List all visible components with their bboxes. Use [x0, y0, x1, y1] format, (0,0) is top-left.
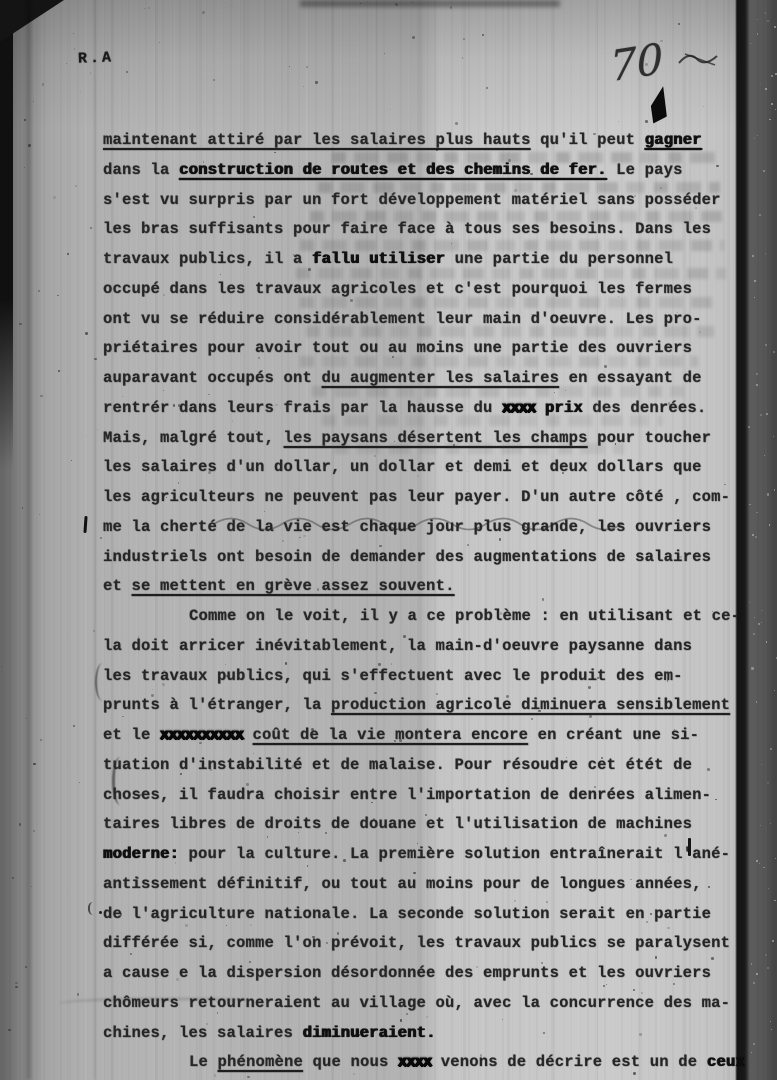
- typed-line: occupé dans les travaux agricoles et c'e…: [103, 275, 743, 305]
- text-run: la doit arricer inévitablement, la main-…: [103, 637, 692, 655]
- text-run: taires libres de droits de douane et l'u…: [103, 815, 692, 833]
- noise-dot: [24, 119, 26, 121]
- text-run: entre l'importation de denrées alimen-: [350, 786, 711, 804]
- text-run: antissement définitif, ou tout au moins …: [103, 875, 702, 893]
- noise-dot: [752, 255, 754, 257]
- text-run: et: [103, 577, 132, 595]
- noise-dot: [755, 536, 757, 538]
- handwritten-page-number: 70: [609, 34, 664, 92]
- noise-dot: [450, 6, 452, 8]
- text-run: prunts à l'étranger, la: [103, 696, 331, 714]
- noise-dot: [315, 81, 317, 83]
- text-run: a cause e la dispersion désordonnée des …: [103, 964, 711, 982]
- noise-dot: [80, 92, 81, 93]
- text-run: en essayant de: [559, 369, 702, 387]
- noise-dot: [306, 66, 308, 68]
- text-run: tuation d'instabilité et de malaise. Pou…: [103, 756, 692, 774]
- typed-line: taires libres de droits de douane et l'u…: [103, 810, 743, 840]
- text-run: xxxxxxxxxx: [160, 726, 243, 744]
- noise-dot: [618, 121, 619, 122]
- typed-line: Comme on le voit, il y a ce problème : e…: [103, 602, 743, 632]
- noise-dot: [22, 507, 23, 508]
- typed-line: différée si, comme l'on prévoit, les tra…: [103, 929, 743, 959]
- text-run: production agricole diminuera sensibleme…: [331, 696, 730, 714]
- typed-line: Le phénomène que nous xxxx venons de déc…: [103, 1048, 743, 1078]
- noise-dot: [159, 42, 160, 43]
- noise-dot: [19, 323, 22, 326]
- ink-curl-mark: [88, 902, 98, 915]
- noise-dot: [93, 630, 95, 632]
- typed-line: antissement définitif, ou tout au moins …: [103, 870, 743, 900]
- text-run: et le: [103, 726, 160, 744]
- noise-dot: [384, 53, 385, 54]
- text-run: les bras suffisants pour faire face à to…: [103, 220, 711, 238]
- noise-dot: [751, 667, 753, 669]
- text-run: s'est vu surpris par un fort développeme…: [103, 191, 721, 209]
- typed-line: maintenant attiré par les salaires plus …: [103, 126, 743, 156]
- typed-corner-mark: R.A: [78, 49, 115, 67]
- text-run: fallu utiliser: [312, 250, 445, 268]
- text-run: xxxx: [398, 1053, 431, 1071]
- text-run: me la cherté de la vie est chaque jour p…: [103, 518, 711, 536]
- noise-dot: [85, 332, 88, 335]
- text-run: ceux: [707, 1053, 745, 1071]
- typed-line: ont vu se réduire considérablement leur …: [103, 305, 743, 335]
- text-run: les agriculteurs ne peuvent pas leur pay…: [103, 488, 730, 506]
- typed-line: les bras suffisants pour faire face à to…: [103, 215, 743, 245]
- text-run: les salaires d'un dollar, un dollar et d…: [103, 458, 702, 476]
- typed-line: chines, les salaires diminueraient.: [103, 1019, 743, 1049]
- text-run: xxxx: [502, 399, 535, 417]
- noise-dot: [486, 87, 487, 88]
- noise-dot: [148, 7, 150, 9]
- noise-dot: [202, 11, 205, 14]
- noise-dot: [71, 460, 72, 461]
- noise-dot: [40, 739, 42, 741]
- typed-line: dans la construction de routes et des ch…: [103, 156, 743, 186]
- noise-dot: [678, 23, 680, 25]
- noise-dot: [482, 34, 484, 36]
- text-run: qu'il peut: [531, 131, 645, 149]
- typed-line: la doit arricer inévitablement, la main-…: [103, 632, 743, 662]
- noise-dot: [412, 36, 415, 39]
- typed-text-block: maintenant attiré par les salaires plus …: [103, 126, 743, 1078]
- typed-line: industriels ont besoin de demander des a…: [103, 543, 743, 573]
- ink-dot: [99, 911, 102, 914]
- noise-dot: [390, 109, 391, 110]
- text-run: venons de décrire est un de: [431, 1053, 707, 1071]
- typed-line: tuation d'instabilité et de malaise. Pou…: [103, 751, 743, 781]
- noise-dot: [774, 489, 776, 491]
- noise-dot: [757, 33, 758, 34]
- noise-dot: [24, 167, 25, 168]
- noise-dot: [761, 764, 762, 765]
- text-run: des denrées.: [583, 399, 707, 417]
- noise-dot: [767, 782, 769, 784]
- typed-line: travaux publics, il a fallu utiliser une…: [103, 245, 743, 275]
- noise-dot: [756, 973, 758, 975]
- typed-line: auparavant occupés ont du augmenter les …: [103, 364, 743, 394]
- paper-crease: [94, 0, 96, 1080]
- noise-dot: [94, 358, 97, 361]
- text-run: travaux publics, il a: [103, 250, 312, 268]
- noise-dot: [31, 886, 32, 887]
- text-run: les travaux publics, qui s'effectuent av…: [103, 667, 683, 685]
- noise-dot: [53, 196, 56, 199]
- text-run: différée si, comme l'on prévoit, les tra…: [103, 934, 730, 952]
- text-run: Mais, malgré tout,: [103, 429, 284, 447]
- text-run: chômeurs retourneraient au village où, a…: [103, 994, 730, 1012]
- typed-line: les travaux publics, qui s'effectuent av…: [103, 662, 743, 692]
- noise-dot: [758, 623, 759, 624]
- text-run: en créant une si-: [528, 726, 699, 744]
- top-edge-smudge: [300, 0, 560, 7]
- typed-line: moderne: pour la culture. La première so…: [103, 840, 743, 870]
- typed-line: les salaires d'un dollar, un dollar et d…: [103, 453, 743, 483]
- noise-dot: [289, 66, 290, 67]
- typed-line: chômeurs retourneraient au village où, a…: [103, 989, 743, 1019]
- typed-line: me la cherté de la vie est chaque jour p…: [103, 513, 743, 543]
- text-run: rentrér dans leurs frais par la hausse d…: [103, 399, 502, 417]
- typed-line: prunts à l'étranger, la production agric…: [103, 691, 743, 721]
- noise-dot: [57, 295, 58, 296]
- typed-line: Mais, malgré tout, les paysans désertent…: [103, 424, 743, 454]
- noise-dot: [395, 3, 398, 6]
- noise-dot: [774, 26, 776, 28]
- text-run: La première solution entraînerait l'ané-: [341, 845, 731, 863]
- text-run: occupé dans les travaux agricoles et c'e…: [103, 280, 692, 298]
- text-run: les paysans désertent les champs: [284, 429, 588, 447]
- typed-line: et le xxxxxxxxxx coût de la vie montera …: [103, 721, 743, 751]
- noise-dot: [771, 103, 773, 105]
- noise-dot: [772, 940, 774, 942]
- typed-line: a cause e la dispersion désordonnée des …: [103, 959, 743, 989]
- noise-dot: [455, 122, 458, 125]
- typed-line: priétaires pour avoir tout ou au moins u…: [103, 334, 743, 364]
- paper-crease: [27, 0, 31, 1080]
- noise-dot: [231, 5, 233, 7]
- text-run: Le pays: [607, 161, 683, 179]
- typed-line: s'est vu surpris par un fort développeme…: [103, 186, 743, 216]
- noise-dot: [748, 426, 750, 428]
- text-run: pour la culture.: [179, 845, 341, 863]
- noise-dot: [775, 109, 776, 110]
- text-run: diminueraient.: [303, 1024, 436, 1042]
- text-run: coût de la vie montera encore: [253, 726, 529, 744]
- text-run: moderne:: [103, 845, 179, 863]
- noise-dot: [765, 253, 766, 254]
- text-run: pour toucher: [588, 429, 712, 447]
- text-run: Le: [189, 1053, 218, 1071]
- text-run: [535, 399, 545, 417]
- typed-line: les agriculteurs ne peuvent pas leur pay…: [103, 483, 743, 513]
- text-run: phénomène: [218, 1053, 304, 1071]
- text-run: choses, il faudra choisir: [103, 786, 350, 804]
- text-run: maintenant attiré par les salaires plus …: [103, 131, 531, 149]
- noise-dot: [463, 38, 465, 40]
- noise-dot: [767, 493, 769, 495]
- noise-dot: [303, 86, 304, 87]
- text-run: que nous: [303, 1053, 398, 1071]
- text-run: priétaires pour avoir tout ou au moins u…: [103, 339, 692, 357]
- noise-dot: [412, 2, 413, 3]
- text-run: Comme on le voit, il y a ce problème : e…: [189, 607, 740, 625]
- text-run: prix: [545, 399, 583, 417]
- noise-dot: [760, 83, 761, 84]
- text-run: gagner: [645, 131, 702, 149]
- noise-dot: [33, 101, 34, 102]
- text-run: auparavant occupés ont: [103, 369, 322, 387]
- noise-dot: [756, 512, 758, 514]
- text-run: chines, les salaires: [103, 1024, 303, 1042]
- typed-line: de l'agriculture nationale. La seconde s…: [103, 900, 743, 930]
- typed-line: rentrér dans leurs frais par la hausse d…: [103, 394, 743, 424]
- noise-dot: [763, 170, 765, 172]
- noise-dot: [767, 20, 769, 22]
- noise-dot: [756, 384, 758, 386]
- noise-dot: [756, 860, 758, 862]
- noise-dot: [756, 373, 758, 375]
- noise-dot: [58, 370, 60, 372]
- text-run: [243, 726, 253, 744]
- typed-line: et se mettent en grève assez souvent.: [103, 572, 743, 602]
- text-run: de l'agriculture nationale. La seconde s…: [103, 905, 711, 923]
- text-run: construction de routes et des chemins de…: [179, 161, 607, 179]
- noise-dot: [33, 763, 35, 765]
- noise-dot: [28, 144, 31, 147]
- text-run: industriels ont besoin de demander des a…: [103, 548, 711, 566]
- noise-dot: [213, 79, 215, 81]
- noise-dot: [97, 429, 98, 430]
- typed-line: choses, il faudra choisir entre l'import…: [103, 781, 743, 811]
- noise-dot: [749, 504, 751, 506]
- text-run: se mettent en grève assez souvent.: [132, 577, 455, 595]
- text-run: une partie du personnel: [445, 250, 673, 268]
- noise-dot: [67, 253, 69, 255]
- noise-dot: [775, 858, 776, 859]
- noise-dot: [90, 227, 92, 229]
- left-scan-edge: [0, 0, 13, 470]
- noise-dot: [765, 344, 767, 346]
- noise-dot: [12, 877, 14, 879]
- text-run: dans la: [103, 161, 179, 179]
- text-run: du augmenter les salaires: [322, 369, 560, 387]
- noise-dot: [756, 701, 758, 703]
- noise-dot: [645, 120, 648, 123]
- pen-scribble: [676, 48, 722, 72]
- text-run: ont vu se réduire considérablement leur …: [103, 310, 702, 328]
